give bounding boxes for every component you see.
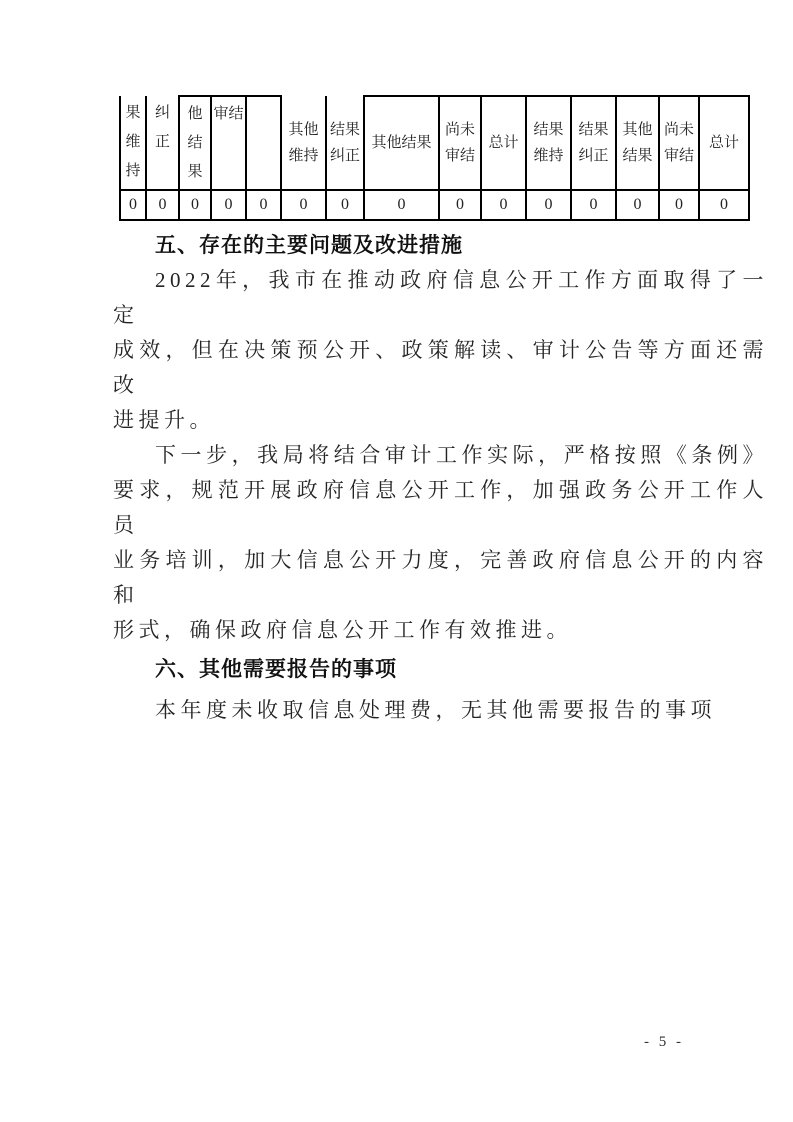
table-header-cell: 纠正 — [146, 96, 179, 190]
table-header-cell: 其他结果 — [364, 96, 439, 190]
table-value-cell: 0 — [211, 190, 246, 220]
table-header-cell: 结果 维持 — [526, 96, 571, 190]
text-line: 要求，规范开展政府信息公开工作，加强政务公开工作人员 — [113, 473, 768, 543]
table-value-cell: 0 — [246, 190, 281, 220]
table-value-cell: 0 — [364, 190, 439, 220]
table-value-cell: 0 — [571, 190, 616, 220]
table-value-cell: 0 — [439, 190, 481, 220]
table-value-cell: 0 — [481, 190, 526, 220]
section-heading-6: 六、其他需要报告的事项 — [113, 652, 768, 687]
table-header-cell: 结果 纠正 — [326, 96, 364, 190]
table-header-cell: 他 结 果 — [179, 96, 211, 190]
text-line: 成效，但在决策预公开、政策解读、审计公告等方面还需改 — [113, 333, 768, 403]
table-value-cell: 0 — [526, 190, 571, 220]
table-value-cell: 0 — [326, 190, 364, 220]
table-header-row: 果 维 持纠正他 结 果审结其他 维持结果 纠正其他结果尚未 审结总计结果 维持… — [120, 96, 749, 190]
table-header-cell: 总计 — [481, 96, 526, 190]
text-line: 下一步，我局将结合审计工作实际，严格按照《条例》 — [113, 438, 768, 473]
statistics-table-fragment: 果 维 持纠正他 结 果审结其他 维持结果 纠正其他结果尚未 审结总计结果 维持… — [119, 95, 750, 221]
text-line: 业务培训，加大信息公开力度，完善政府信息公开的内容和 — [113, 543, 768, 613]
paragraph-1: 2022年，我市在推动政府信息公开工作方面取得了一定 成效，但在决策预公开、政策… — [113, 263, 768, 438]
disclosure-statistics-table: 果 维 持纠正他 结 果审结其他 维持结果 纠正其他结果尚未 审结总计结果 维持… — [119, 95, 750, 221]
table-value-cell: 0 — [179, 190, 211, 220]
table-header-cell: 其他 维持 — [281, 96, 326, 190]
document-page: 果 维 持纠正他 结 果审结其他 维持结果 纠正其他结果尚未 审结总计结果 维持… — [0, 0, 793, 1122]
table-value-cell: 0 — [146, 190, 179, 220]
text-line: 本年度未收取信息处理费，无其他需要报告的事项 — [113, 693, 768, 728]
table-value-row: 000000000000000 — [120, 190, 749, 220]
paragraph-2: 下一步，我局将结合审计工作实际，严格按照《条例》 要求，规范开展政府信息公开工作… — [113, 438, 768, 648]
page-number: - 5 - — [644, 1034, 684, 1051]
table-value-cell: 0 — [281, 190, 326, 220]
table-header-cell: 结果 纠正 — [571, 96, 616, 190]
table-header-cell: 其他 结果 — [616, 96, 659, 190]
table-header-cell: 尚未 审结 — [439, 96, 481, 190]
table-value-cell: 0 — [659, 190, 699, 220]
paragraph-3: 本年度未收取信息处理费，无其他需要报告的事项 — [113, 693, 768, 728]
table-value-cell: 0 — [120, 190, 146, 220]
text-line: 2022年，我市在推动政府信息公开工作方面取得了一定 — [113, 263, 768, 333]
table-value-cell: 0 — [616, 190, 659, 220]
table-header-cell: 总计 — [699, 96, 749, 190]
report-body: 五、存在的主要问题及改进措施 2022年，我市在推动政府信息公开工作方面取得了一… — [113, 228, 768, 728]
table-header-cell: 果 维 持 — [120, 96, 146, 190]
table-header-cell: 审结 — [211, 96, 246, 190]
table-header-cell: 尚未 审结 — [659, 96, 699, 190]
text-line: 进提升。 — [113, 403, 768, 438]
section-heading-5: 五、存在的主要问题及改进措施 — [113, 228, 768, 263]
table-header-cell — [246, 96, 281, 190]
text-line: 形式，确保政府信息公开工作有效推进。 — [113, 613, 768, 648]
table-value-cell: 0 — [699, 190, 749, 220]
